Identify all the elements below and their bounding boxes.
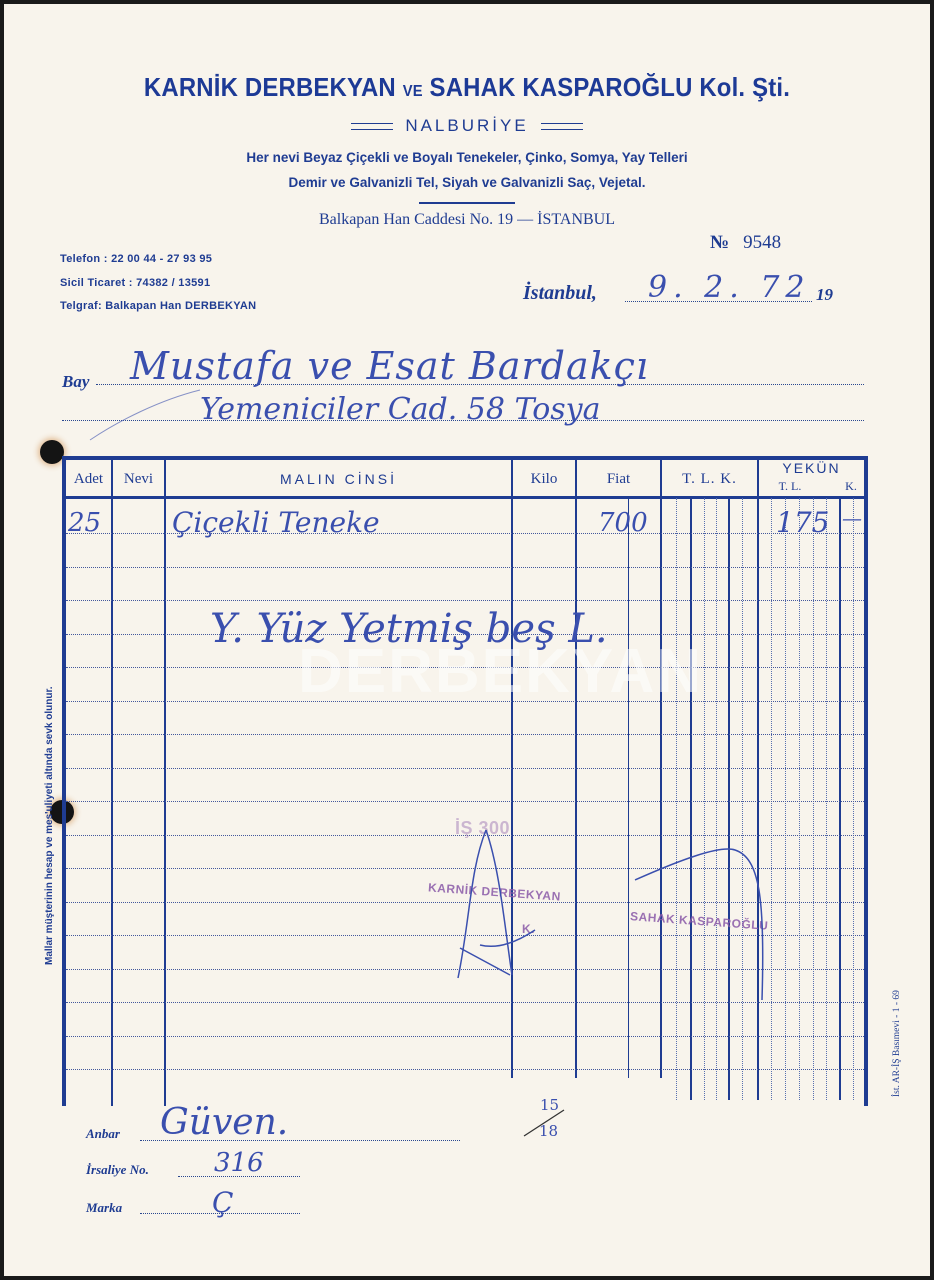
signature-strokes (0, 0, 934, 1280)
irsaliye-value: 316 (214, 1148, 264, 1178)
margin-note-left: Mallar müşterinin hesap ve mes'uliyeti a… (44, 686, 55, 965)
printer-imprint: İst. AR-İŞ Basımevi - 1 - 69 (892, 990, 902, 1097)
marka-label: Marka (86, 1200, 122, 1216)
fraction-slash-icon (520, 1100, 570, 1140)
marka-value: Ç (212, 1186, 233, 1219)
anbar-value: Güven. (160, 1102, 288, 1143)
irsaliye-label: İrsaliye No. (86, 1162, 149, 1178)
anbar-label: Anbar (86, 1126, 120, 1142)
